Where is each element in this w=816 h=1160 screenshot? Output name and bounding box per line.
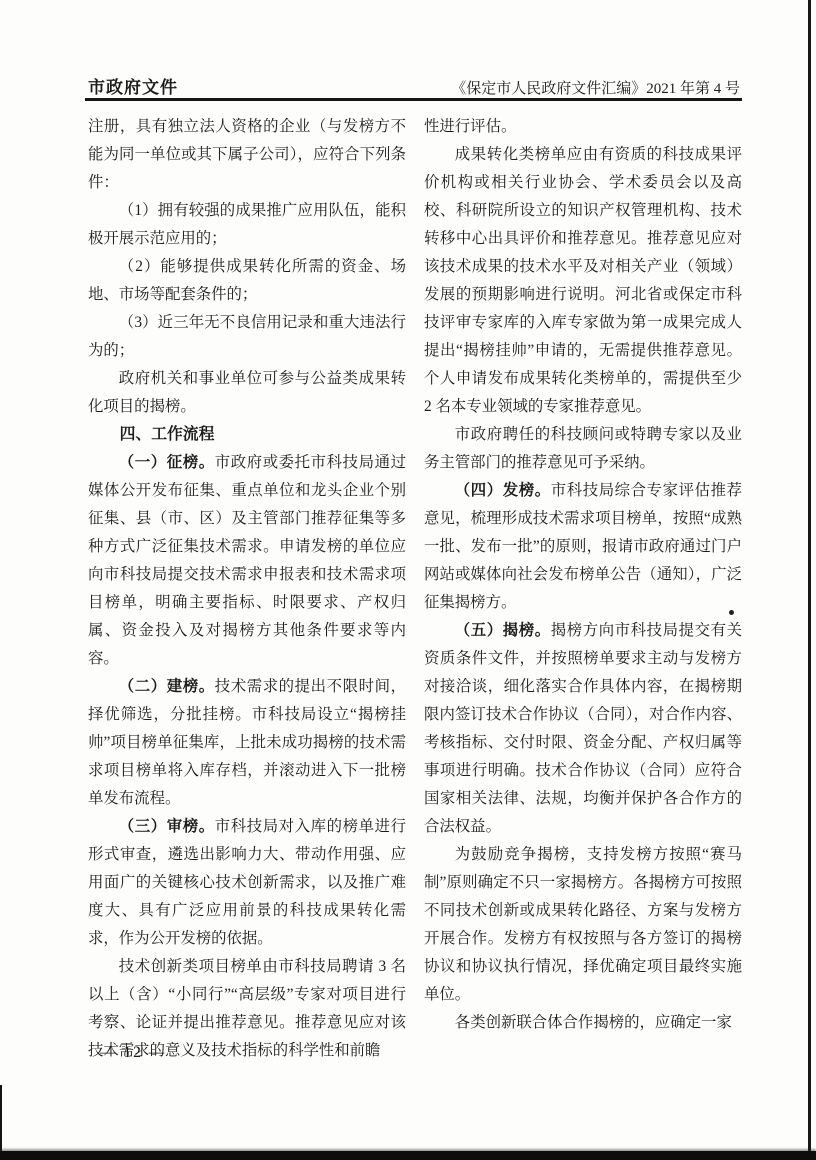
paragraph: 各类创新联合体合作揭榜的，应确定一家 [424,1009,742,1037]
paragraph: 成果转化类榜单应由有资质的科技成果评价机构或相关行业协会、学术委员会以及高校、科… [424,141,742,421]
ink-dot-artifact [729,610,734,615]
paragraph: （五）揭榜。揭榜方向市科技局提交有关资质条件文件，并按照榜单要求主动与发榜方对接… [424,617,742,841]
column-right: 性进行评估。成果转化类榜单应由有资质的科技成果评价机构或相关行业协会、学术委员会… [424,113,742,1037]
paragraph: （四）发榜。市科技局综合专家评估推荐意见，梳理形成技术需求项目榜单，按照“成熟一… [424,477,742,617]
scan-edge-bottom [0,1151,816,1160]
paragraph: （1）拥有较强的成果推广应用队伍，能积极开展示范应用的； [88,197,406,253]
paragraph: 政府机关和事业单位可参与公益类成果转化项目的揭榜。 [88,365,406,421]
scan-edge-right [808,0,811,1160]
paragraph: 为鼓励竞争揭榜，支持发榜方按照“赛马制”原则确定不只一家揭榜方。各揭榜方可按照不… [424,841,742,1009]
header-right-title: 《保定市人民政府文件汇编》2021 年第 4 号 [451,77,740,98]
paragraph-lead: （三）审榜。 [119,818,215,835]
paragraph: （三）审榜。市科技局对入库的榜单进行形式审查，遴选出影响力大、带动作用强、应用面… [88,813,406,953]
paragraph: 四、工作流程 [88,421,406,449]
paragraph-lead: （一）征榜。 [119,454,215,471]
paragraph-lead: （二）建榜。 [119,678,215,695]
header-rule [85,98,742,101]
paragraph: 市政府聘任的科技顾问或特聘专家以及业务主管部门的推荐意见可予采纳。 [424,421,742,477]
paragraph: 性进行评估。 [424,113,742,141]
page-number: — 12 — [100,1044,166,1062]
paragraph: （二）建榜。技术需求的提出不限时间，择优筛选，分批挂榜。市科技局设立“揭榜挂帅”… [88,673,406,813]
header-left-title: 市政府文件 [88,73,178,98]
paragraph-lead: （四）发榜。 [455,482,551,499]
scan-edge-left [0,1085,2,1160]
paragraph: （一）征榜。市政府或委托市科技局通过媒体公开发布征集、重点单位和龙头企业个别征集… [88,449,406,673]
paragraph-lead: （五）揭榜。 [455,622,551,639]
document-page: 市政府文件 《保定市人民政府文件汇编》2021 年第 4 号 注册，具有独立法人… [0,0,816,1160]
paragraph: 注册，具有独立法人资格的企业（与发榜方不能为同一单位或其下属子公司），应符合下列… [88,113,406,197]
paragraph: （2）能够提供成果转化所需的资金、场地、市场等配套条件的； [88,253,406,309]
paragraph: （3）近三年无不良信用记录和重大违法行为的； [88,309,406,365]
column-left: 注册，具有独立法人资格的企业（与发榜方不能为同一单位或其下属子公司），应符合下列… [88,113,406,1065]
